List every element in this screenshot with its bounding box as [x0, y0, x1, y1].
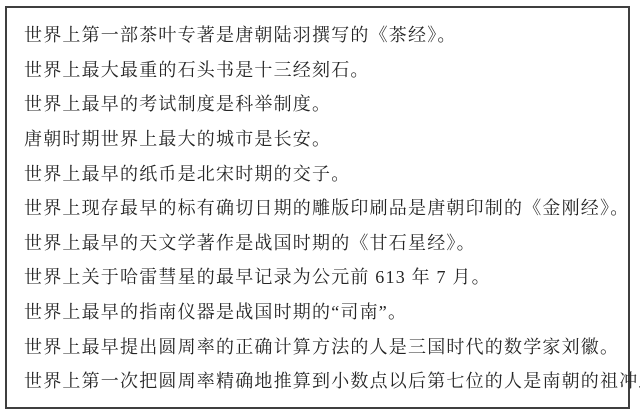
fact-line: 世界上最早的纸币是北宋时期的交子。	[24, 155, 628, 190]
fact-line: 世界上最早的考试制度是科举制度。	[24, 86, 628, 121]
document-border-frame: 世界上第一部茶叶专著是唐朝陆羽撰写的《茶经》。 世界上最大最重的石头书是十三经刻…	[5, 6, 630, 409]
fact-line: 世界上最早提出圆周率的正确计算方法的人是三国时代的数学家刘徽。	[24, 328, 628, 363]
fact-line: 世界上现存最早的标有确切日期的雕版印刷品是唐朝印制的《金刚经》。	[24, 190, 628, 225]
fact-line: 世界上最早的天文学著作是战国时期的《甘石星经》。	[24, 225, 628, 260]
facts-list: 世界上第一部茶叶专著是唐朝陆羽撰写的《茶经》。 世界上最大最重的石头书是十三经刻…	[7, 8, 628, 398]
fact-line: 世界上最大最重的石头书是十三经刻石。	[24, 52, 628, 87]
fact-line: 世界上关于哈雷彗星的最早记录为公元前 613 年 7 月。	[24, 259, 628, 294]
fact-line: 世界上第一次把圆周率精确地推算到小数点以后第七位的人是南朝的祖冲之。	[24, 363, 628, 398]
fact-line: 唐朝时期世界上最大的城市是长安。	[24, 121, 628, 156]
fact-line: 世界上最早的指南仪器是战国时期的“司南”。	[24, 294, 628, 329]
fact-line: 世界上第一部茶叶专著是唐朝陆羽撰写的《茶经》。	[24, 17, 628, 52]
